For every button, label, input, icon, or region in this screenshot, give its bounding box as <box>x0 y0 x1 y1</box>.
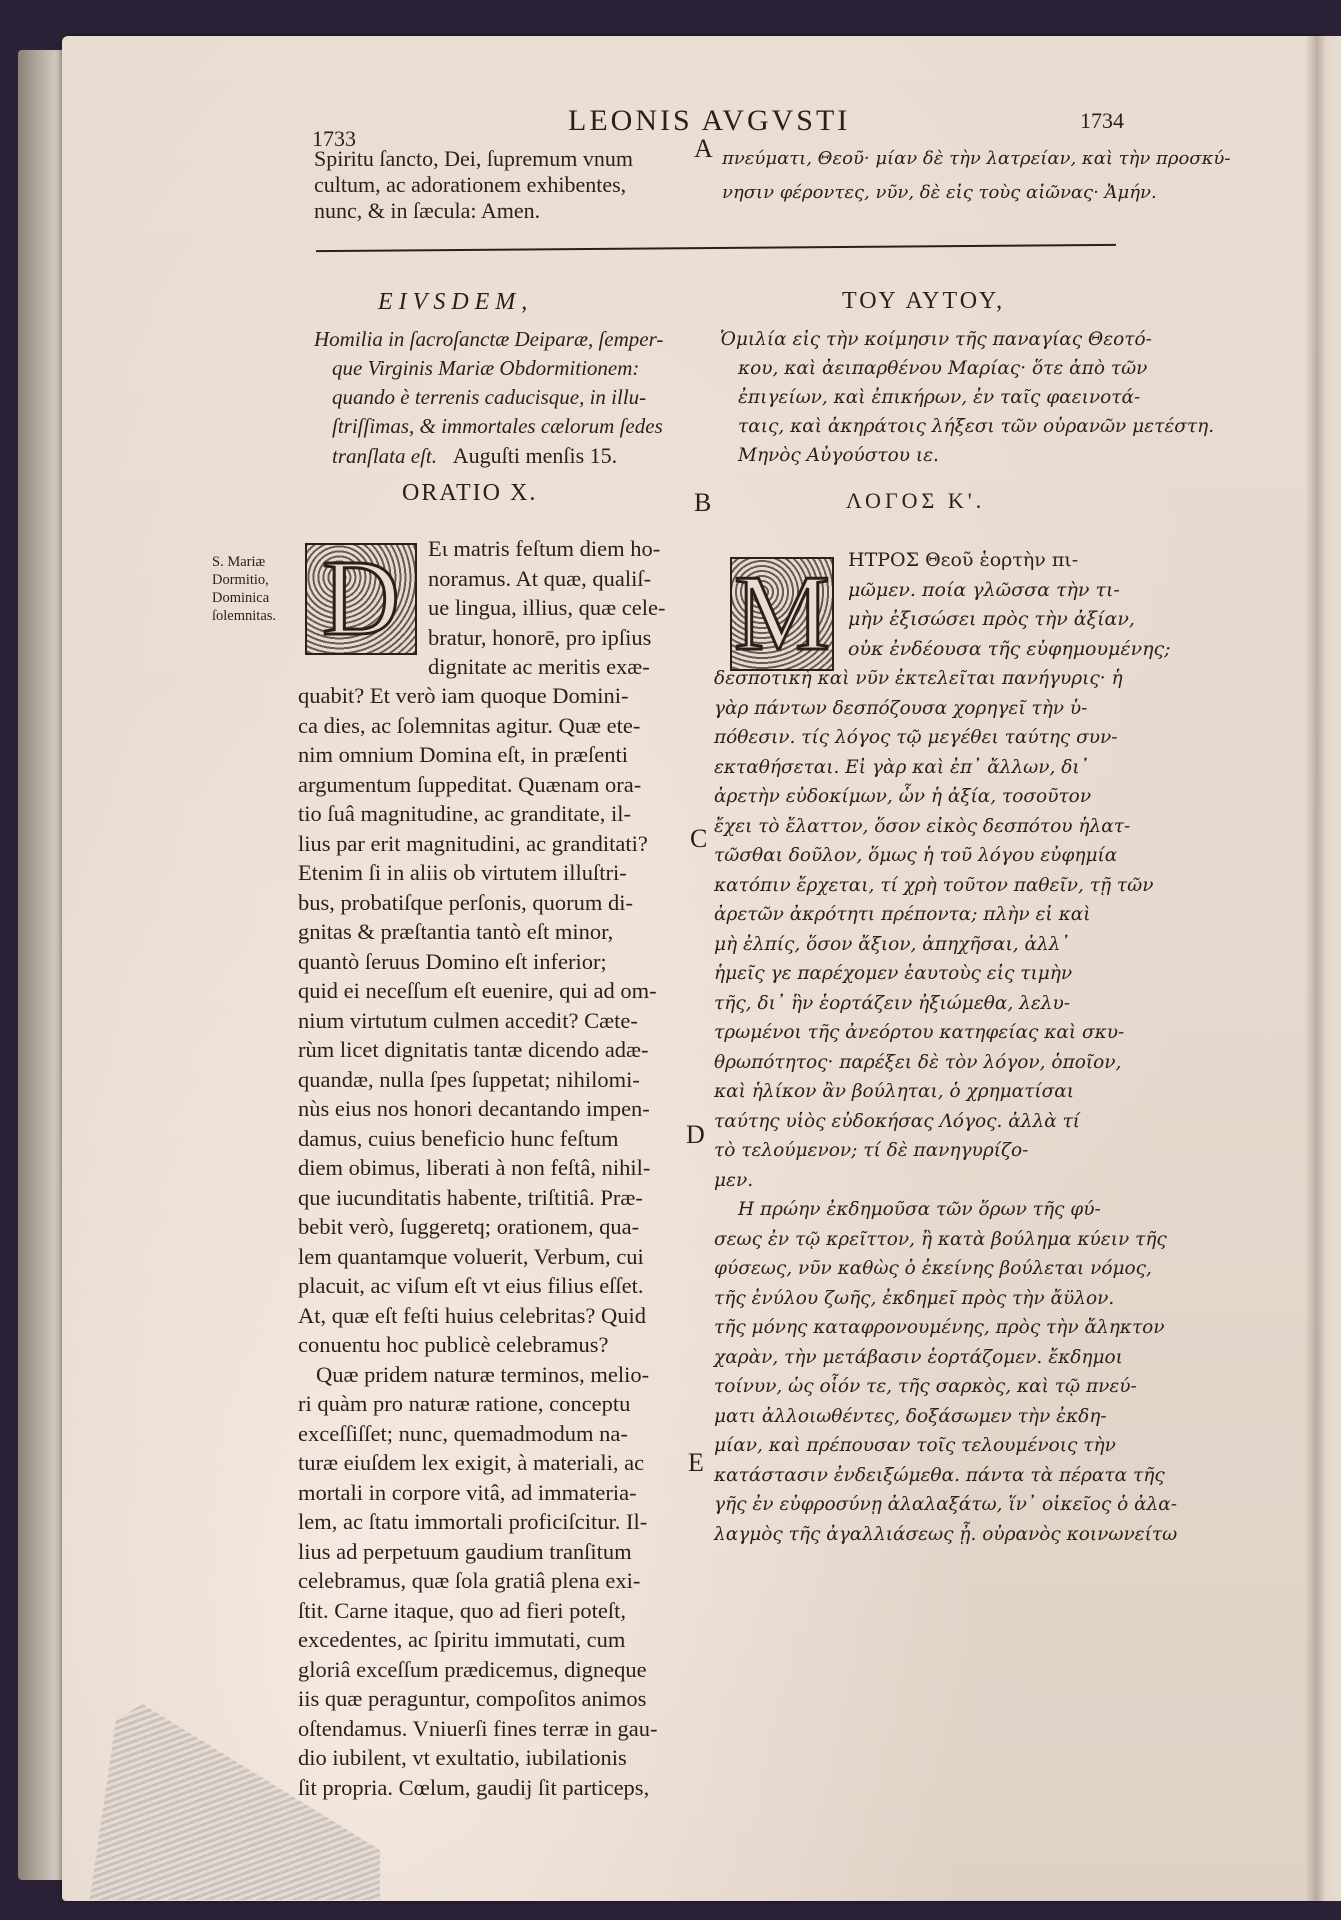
text-line: oſtendamus. Vniuerſi fines terræ in gau- <box>298 1714 658 1744</box>
text-line: que Virginis Mariæ Obdormitionem: <box>314 354 663 383</box>
feast-date: Auguſti menſis 15. <box>453 443 617 468</box>
text-line: θρωπότητος· παρέξει δὲ τὸν λόγον, ὁποῖον… <box>714 1048 1177 1078</box>
text-line: lem quantamque voluerit, Verbum, cui <box>298 1242 658 1272</box>
text-line: Eι matris feſtum diem ho- <box>428 534 665 564</box>
text-line: γῆς ἐν εὐφροσύνῃ ἀλαλαξάτω, ἵν᾽ οἰκεῖος … <box>714 1490 1177 1520</box>
text-line: ſtriſſimas, & immortales cælorum ſedes <box>314 412 663 441</box>
text-line: μίαν, καὶ πρέπουσαν τοῖς τελουμένοις τὴν <box>714 1431 1177 1461</box>
text-line: χαρὰν, τὴν μετάβασιν ἑορτάζομεν. ἔκδημοι <box>714 1343 1177 1373</box>
text-line: μῶμεν. ποία γλῶσσα τὴν τι- <box>848 576 1171 606</box>
text-line: δεσποτικὴ καὶ νῦν ἐκτελεῖται πανήγυρις· … <box>714 664 1177 694</box>
text-line: λαγμὸς τῆς ἀγαλλιάσεως ᾖ. οὐρανὸς κοινων… <box>714 1520 1177 1550</box>
text-line: μὴν ἐξισώσει πρὸς τὴν ἀξίαν, <box>848 605 1171 635</box>
text-line: Η πρώην ἐκδημοῦσα τῶν ὅρων τῆς φύ- <box>714 1195 1177 1225</box>
text-line: At, quæ eſt feſti huius celebritas? Quid <box>298 1301 658 1331</box>
text-line: ſtit. Carne itaque, quo ad fieri poteſt, <box>298 1596 658 1626</box>
text-line: quandæ, nulla ſpes ſuppetat; nihilomi- <box>298 1065 658 1095</box>
text-line: πόθεσιν. τίς λόγος τῷ μεγέθει ταύτης συν… <box>714 723 1177 753</box>
text-line: ἐπιγείων, καὶ ἐπικήρων, ἐν ταῖς φαεινοτά… <box>720 383 1214 412</box>
text-line: cultum, ac adorationem exhibentes, <box>314 172 633 198</box>
drop-cap-letter: D <box>322 549 400 649</box>
text-line: Ὁμιλία εἰς τὴν κοίμησιν τῆς παναγίας Θεο… <box>720 325 1214 354</box>
greek-capital-lines: ΗΤΡΟΣ Θεοῦ ἑορτὴν πι- μῶμεν. ποία γλῶσσα… <box>848 546 1171 664</box>
text-line: damus, cuius beneficio hunc feſtum <box>298 1124 658 1154</box>
text-line: μὴ ἐλπίς, ὅσον ἄξιον, ἀπηχῆσαι, ἀλλ᾽ <box>714 930 1177 960</box>
text-line: nium virtutum culmen accedit? Cæte- <box>298 1006 658 1036</box>
latin-drop-cap: D <box>305 543 417 655</box>
text-line: nunc, & in ſæcula: Amen. <box>314 198 633 224</box>
text-line: diem obimus, liberati à non feſtâ, nihil… <box>298 1153 658 1183</box>
text-line: ca dies, ac ſolemnitas agitur. Quæ ete- <box>298 711 658 741</box>
oration-latin-heading: ORATIO X. <box>402 480 537 507</box>
greek-continuation: πνεύματι, Θεοῦ· μίαν δὲ τὴν λατρείαν, κα… <box>722 142 1230 210</box>
greek-body: δεσποτικὴ καὶ νῦν ἐκτελεῖται πανήγυρις· … <box>714 664 1177 1549</box>
latin-continuation: Spiritu ſancto, Dei, ſupremum vnum cultu… <box>314 146 633 224</box>
text-line: Μηνὸς Αὐγούστου ιε. <box>720 441 1214 470</box>
text-line: κατάστασιν ἐνδειξώμεθα. πάντα τὰ πέρατα … <box>714 1461 1177 1491</box>
text-line: quabit? Et verò iam quoque Domini- <box>298 681 658 711</box>
text-line: Quæ pridem naturæ terminos, melio- <box>298 1360 658 1390</box>
text-line: tio ſuâ magnitudine, ac granditate, il- <box>298 799 658 829</box>
greek-title-block: Ὁμιλία εἰς τὴν κοίμησιν τῆς παναγίας Θεο… <box>720 325 1214 470</box>
text-line: ΗΤΡΟΣ Θεοῦ ἑορτὴν πι- <box>848 546 1171 576</box>
text-line: que iucunditatis habente, triſtitiâ. Præ… <box>298 1183 658 1213</box>
text-line: lius par erit magnitudini, ac granditati… <box>298 829 658 859</box>
text-line: γὰρ πάντων δεσπόζουσα χορηγεῖ τὴν ὑ- <box>714 694 1177 724</box>
oration-greek-heading: ΛΟΓΟΣ Κ'. <box>846 488 985 514</box>
margin-marker-a: A <box>694 134 713 164</box>
text-line: ματι ἀλλοιωθέντες, δοξάσωμεν τὴν ἐκδη- <box>714 1402 1177 1432</box>
drop-cap-letter: M <box>734 564 830 664</box>
text-line: quid ei neceſſum eſt euenire, qui ad om- <box>298 976 658 1006</box>
text-line: ἡμεῖς γε παρέχομεν ἑαυτοὺς εἰς τιμὴν <box>714 959 1177 989</box>
text-line: τῆς μόνης καταφρονουμένης, πρὸς τὴν ἄληκ… <box>714 1313 1177 1343</box>
margin-marker-c: C <box>690 824 707 854</box>
text-line: τοίνυν, ὡς οἷόν τε, τῆς σαρκὸς, καὶ τῷ π… <box>714 1372 1177 1402</box>
text-line: gloriâ exceſſum prædicemus, digneque <box>298 1655 658 1685</box>
text-line: Spiritu ſancto, Dei, ſupremum vnum <box>314 146 633 172</box>
text-line: dignitate ac meritis exæ- <box>428 652 665 682</box>
latin-capital-lines: Eι matris feſtum diem ho- noramus. At qu… <box>428 534 665 682</box>
text-line: ἔχει τὸ ἔλαττον, ὅσον εἰκὸς δεσπότου ἡλα… <box>714 812 1177 842</box>
page-number-right: 1734 <box>1080 108 1124 134</box>
text-line: τὸ τελούμενον; τί δὲ πανηγυρίζο- <box>714 1136 1177 1166</box>
text-line: quando è terrenis caducisque, in illu- <box>314 383 663 412</box>
text-line: ri quàm pro naturæ ratione, conceptu <box>298 1389 658 1419</box>
text-line: τῶσθαι δοῦλον, ὅμως ἡ τοῦ λόγου εὐφημία <box>714 841 1177 871</box>
text-line: μεν. <box>714 1166 1177 1196</box>
text-line: ταύτης υἱὸς εὐδοκήσας Λόγος. ἀλλὰ τί <box>714 1107 1177 1137</box>
text-line: ταις, καὶ ἀκηράτοις λήξεσι τῶν οὐρανῶν μ… <box>720 412 1214 441</box>
text-line: Homilia in ſacroſanctæ Deiparæ, ſemper- <box>314 325 663 354</box>
latin-title-heading: EIVSDEM, <box>378 288 533 317</box>
latin-title-block: Homilia in ſacroſanctæ Deiparæ, ſemper- … <box>314 325 663 471</box>
text-line: Etenim ſi in aliis ob virtutem illuſtri- <box>298 858 658 888</box>
text-line: bratur, honorē, pro ipſius <box>428 623 665 653</box>
text-line: ue lingua, illius, quæ cele- <box>428 593 665 623</box>
latin-body: quabit? Et verò iam quoque Domini- ca di… <box>298 681 658 1802</box>
text-line: nùs eius nos honori decantando impen- <box>298 1094 658 1124</box>
text-line: argumentum ſuppeditat. Quænam ora- <box>298 770 658 800</box>
text-line: excedentes, ac ſpiritu immutati, cum <box>298 1625 658 1655</box>
text-line: dio iubilent, vt exultatio, iubilationis <box>298 1743 658 1773</box>
text-line: lius ad perpetuum gaudium tranſitum <box>298 1537 658 1567</box>
text-line: ἀρετῶν ἀκρότητι πρέποντα; πλὴν εἰ καὶ <box>714 900 1177 930</box>
text-line: tranſlata eſt. <box>332 444 437 468</box>
text-line: bebit verò, ſuggeretq; orationem, qua- <box>298 1212 658 1242</box>
text-line: τῆς ἐνύλου ζωῆς, ἐκδημεῖ πρὸς τὴν ἄϋλον. <box>714 1284 1177 1314</box>
adjacent-leaf-edge <box>1316 36 1341 1901</box>
text-line: rùm licet dignitatis tantæ dicendo adæ- <box>298 1035 658 1065</box>
text-line: quantò ſeruus Domino eſt inferior; <box>298 947 658 977</box>
text-line: ἀρετὴν εὐδοκίμων, ὧν ἡ ἀξία, τοσοῦτον <box>714 782 1177 812</box>
text-line: celebramus, quæ ſola gratiâ plena exi- <box>298 1566 658 1596</box>
text-line: πνεύματι, Θεοῦ· μίαν δὲ τὴν λατρείαν, κα… <box>722 142 1230 176</box>
text-line: gnitas & præſtantia tantò eſt minor, <box>298 917 658 947</box>
text-line: mortali in corpore vitâ, ad immateria- <box>298 1478 658 1508</box>
running-title: LEONIS AVGVSTI <box>568 104 850 138</box>
text-line: καὶ ἡλίκον ἂν βούληται, ὁ χρηματίσαι <box>714 1077 1177 1107</box>
text-line: τρωμένοι τῆς ἀνεόρτου κατηφείας καὶ σκυ- <box>714 1018 1177 1048</box>
text-line: conuentu hoc publicè celebramus? <box>298 1330 658 1360</box>
margin-note: S. Mariæ Dormitio, Dominica ſolemnitas. <box>212 553 292 625</box>
margin-marker-e: E <box>688 1448 704 1478</box>
text-line: κατόπιν ἔρχεται, τί χρὴ τοῦτον παθεῖν, τ… <box>714 871 1177 901</box>
text-line: νησιν φέροντες, νῦν, δὲ εἰς τοὺς αἰῶνας·… <box>722 176 1230 210</box>
margin-marker-d: D <box>686 1120 705 1150</box>
greek-drop-cap: M <box>730 557 834 671</box>
text-line: τῆς, δι᾽ ἣν ἑορτάζειν ἠξιώμεθα, λελυ- <box>714 989 1177 1019</box>
greek-title-heading: ΤΟΥ ΑΥΤΟΥ, <box>842 288 1005 315</box>
margin-marker-b: B <box>694 488 711 518</box>
text-line: σεως ἐν τῷ κρεῖττον, ἢ κατὰ βούλημα κύει… <box>714 1225 1177 1255</box>
text-line: noramus. At quæ, qualiſ- <box>428 564 665 594</box>
text-line: bus, probatiſque perſonis, quorum di- <box>298 888 658 918</box>
text-line: exceſſiſſet; nunc, quemadmodum na- <box>298 1419 658 1449</box>
text-line: ſit propria. Cœlum, gaudij ſit particeps… <box>298 1773 658 1803</box>
text-line: οὐκ ἐνδέουσα τῆς εὐφημουμένης; <box>848 635 1171 665</box>
text-line: iis quæ peraguntur, compoſitos animos <box>298 1684 658 1714</box>
text-line: placuit, ac viſum eſt vt eius filius eſſ… <box>298 1271 658 1301</box>
text-line: εκταθήσεται. Εἰ γὰρ καὶ ἐπ᾽ ἄλλων, δι᾽ <box>714 753 1177 783</box>
text-line: φύσεως, νῦν καθὼς ὁ ἐκείνης βούλεται νόμ… <box>714 1254 1177 1284</box>
text-line: lem, ac ſtatu immortali proficiſcitur. I… <box>298 1507 658 1537</box>
text-line: κου, καὶ ἀειπαρθένου Μαρίας· ὅτε ἀπὸ τῶν <box>720 354 1214 383</box>
text-line: turæ eiuſdem lex exigit, à materiali, ac <box>298 1448 658 1478</box>
text-line: nim omnium Domina eſt, in præſenti <box>298 740 658 770</box>
